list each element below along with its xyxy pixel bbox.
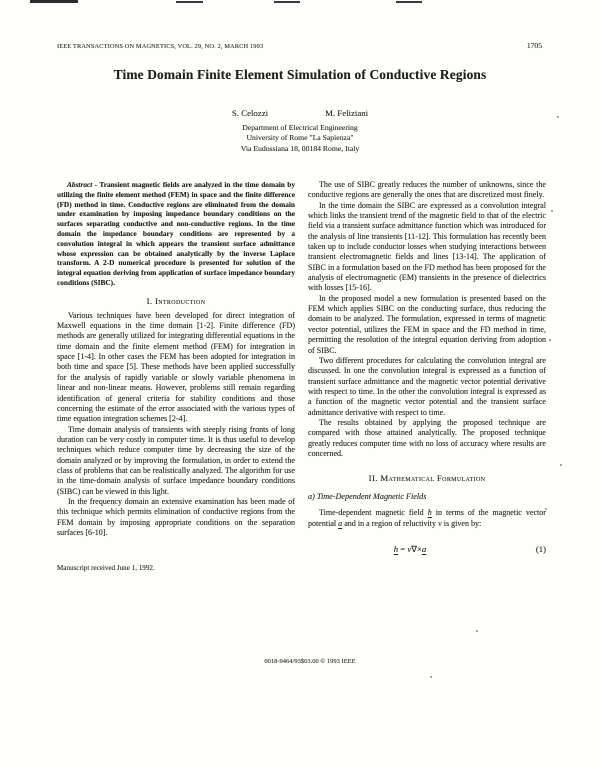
section-heading-formulation: II. Mathematical Formulation — [308, 473, 546, 483]
equation-curl-operator: ∇× — [411, 544, 422, 554]
right-paragraph-2: In the time domain the SIBC are expresse… — [308, 201, 546, 294]
affiliation-block: Department of Electrical Engineering Uni… — [0, 123, 600, 154]
author-2: M. Feliziani — [325, 108, 368, 118]
abstract-label: Abstract — [67, 180, 92, 189]
scan-speck — [551, 210, 553, 212]
equation-1-number: (1) — [512, 544, 546, 554]
scan-artifact-bar — [30, 0, 78, 3]
page-number: 1705 — [527, 41, 542, 50]
right-paragraph-5: The results obtained by applying the pro… — [308, 418, 546, 459]
formulation-text-3: and in a region of reluctivity ν is give… — [342, 519, 481, 528]
affiliation-line-1: Department of Electrical Engineering — [0, 123, 600, 133]
equation-1-row: h = ν∇×a (1) — [308, 544, 546, 555]
formulation-text-1: Time-dependent magnetic field — [319, 508, 428, 517]
right-column: The use of SIBC greatly reduces the numb… — [308, 180, 546, 572]
copyright-footer: 0018-9464/93$03.00 © 1993 IEEE — [10, 658, 600, 665]
affiliation-line-3: Via Eudossiana 18, 00184 Rome, Italy — [0, 144, 600, 154]
body-columns: Abstract - Transient magnetic fields are… — [57, 180, 546, 572]
right-paragraph-1: The use of SIBC greatly reduces the numb… — [308, 180, 546, 201]
affiliation-line-2: University of Rome "La Sapienza" — [0, 133, 600, 143]
abstract-text: - Transient magnetic fields are analyzed… — [57, 180, 295, 287]
intro-paragraph-3: In the frequency domain an extensive exa… — [57, 497, 295, 538]
scan-speck — [549, 339, 551, 341]
paper-page: IEEE TRANSACTIONS ON MAGNETICS, VOL. 29,… — [0, 0, 600, 770]
scan-artifact-bar — [396, 1, 422, 3]
intro-paragraph-1: Various techniques have been developed f… — [57, 311, 295, 425]
right-paragraph-4: Two different procedures for calculating… — [308, 356, 546, 418]
authors-row: S. CelozziM. Feliziani — [0, 108, 600, 118]
abstract: Abstract - Transient magnetic fields are… — [57, 180, 295, 288]
scan-artifact-bar — [274, 1, 300, 3]
scan-speck — [430, 676, 432, 678]
scan-speck — [476, 630, 478, 632]
equation-1: h = ν∇×a — [308, 544, 512, 555]
author-1: S. Celozzi — [232, 108, 268, 118]
paper-title: Time Domain Finite Element Simulation of… — [40, 67, 560, 83]
right-paragraph-3: In the proposed model a new formulation … — [308, 294, 546, 356]
journal-header: IEEE TRANSACTIONS ON MAGNETICS, VOL. 29,… — [57, 43, 263, 50]
equation-equals: = — [398, 544, 407, 554]
scan-speck — [560, 464, 562, 466]
intro-paragraph-2: Time domain analysis of transients with … — [57, 425, 295, 497]
section-heading-introduction: I. Introduction — [57, 296, 295, 306]
left-column: Abstract - Transient magnetic fields are… — [57, 180, 295, 572]
manuscript-footnote: Manuscript received June 1, 1992. — [57, 564, 295, 572]
formulation-paragraph: Time-dependent magnetic field h in terms… — [308, 508, 546, 529]
subsection-heading-a: a) Time-Dependent Magnetic Fields — [308, 492, 546, 501]
scan-artifact-bar — [176, 1, 203, 3]
equation-vector-a: a — [422, 544, 426, 554]
